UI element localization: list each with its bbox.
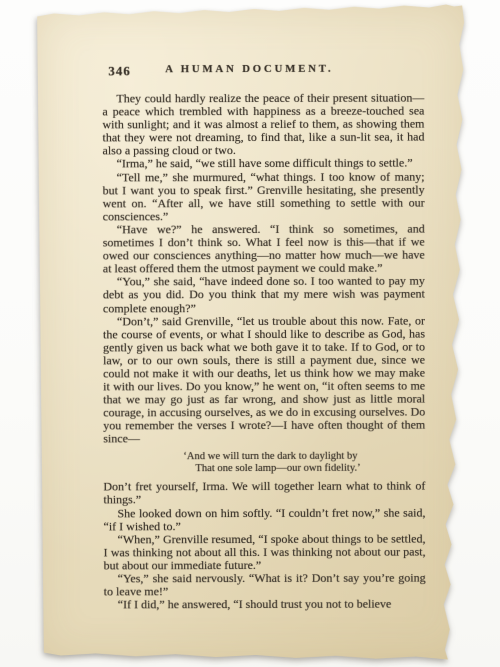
scan-background: 346 A HUMAN DOCUMENT. They could hardly …	[0, 0, 500, 667]
book-page: 346 A HUMAN DOCUMENT. They could hardly …	[34, 4, 468, 662]
paragraph: They could hardly realize the peace of t…	[102, 92, 424, 158]
paragraph: Don’t fret yourself, Irma. We will toget…	[103, 480, 425, 507]
paragraph: “If I did,” he answered, “I should trust…	[104, 598, 426, 612]
paragraph: “Have we?” he answered. “I think so some…	[103, 222, 425, 275]
body-text: They could hardly realize the peace of t…	[102, 92, 425, 612]
verse-line: That one sole lamp—our own fidelity.’	[183, 462, 425, 475]
paragraph: “You,” she said, “have indeed done so. I…	[103, 275, 425, 315]
paragraph: “When,” Grenville resumed, “I spoke abou…	[104, 532, 426, 572]
paragraph: “Tell me,” she murmured, “what things. I…	[103, 170, 425, 223]
running-head: 346 A HUMAN DOCUMENT.	[102, 63, 424, 81]
verse-line: ‘And we will turn the dark to daylight b…	[183, 450, 425, 463]
paragraph: “Don’t,” said Grenville, “let us trouble…	[103, 314, 425, 446]
text-column: 346 A HUMAN DOCUMENT. They could hardly …	[102, 63, 426, 644]
verse-quotation: ‘And we will turn the dark to daylight b…	[183, 450, 425, 475]
paragraph: She looked down on him softly. “I couldn…	[103, 506, 425, 533]
running-title: A HUMAN DOCUMENT.	[102, 63, 410, 76]
paragraph: “Yes,” she said nervously. “What is it? …	[104, 572, 426, 599]
book-page-wrapper: 346 A HUMAN DOCUMENT. They could hardly …	[34, 4, 468, 662]
